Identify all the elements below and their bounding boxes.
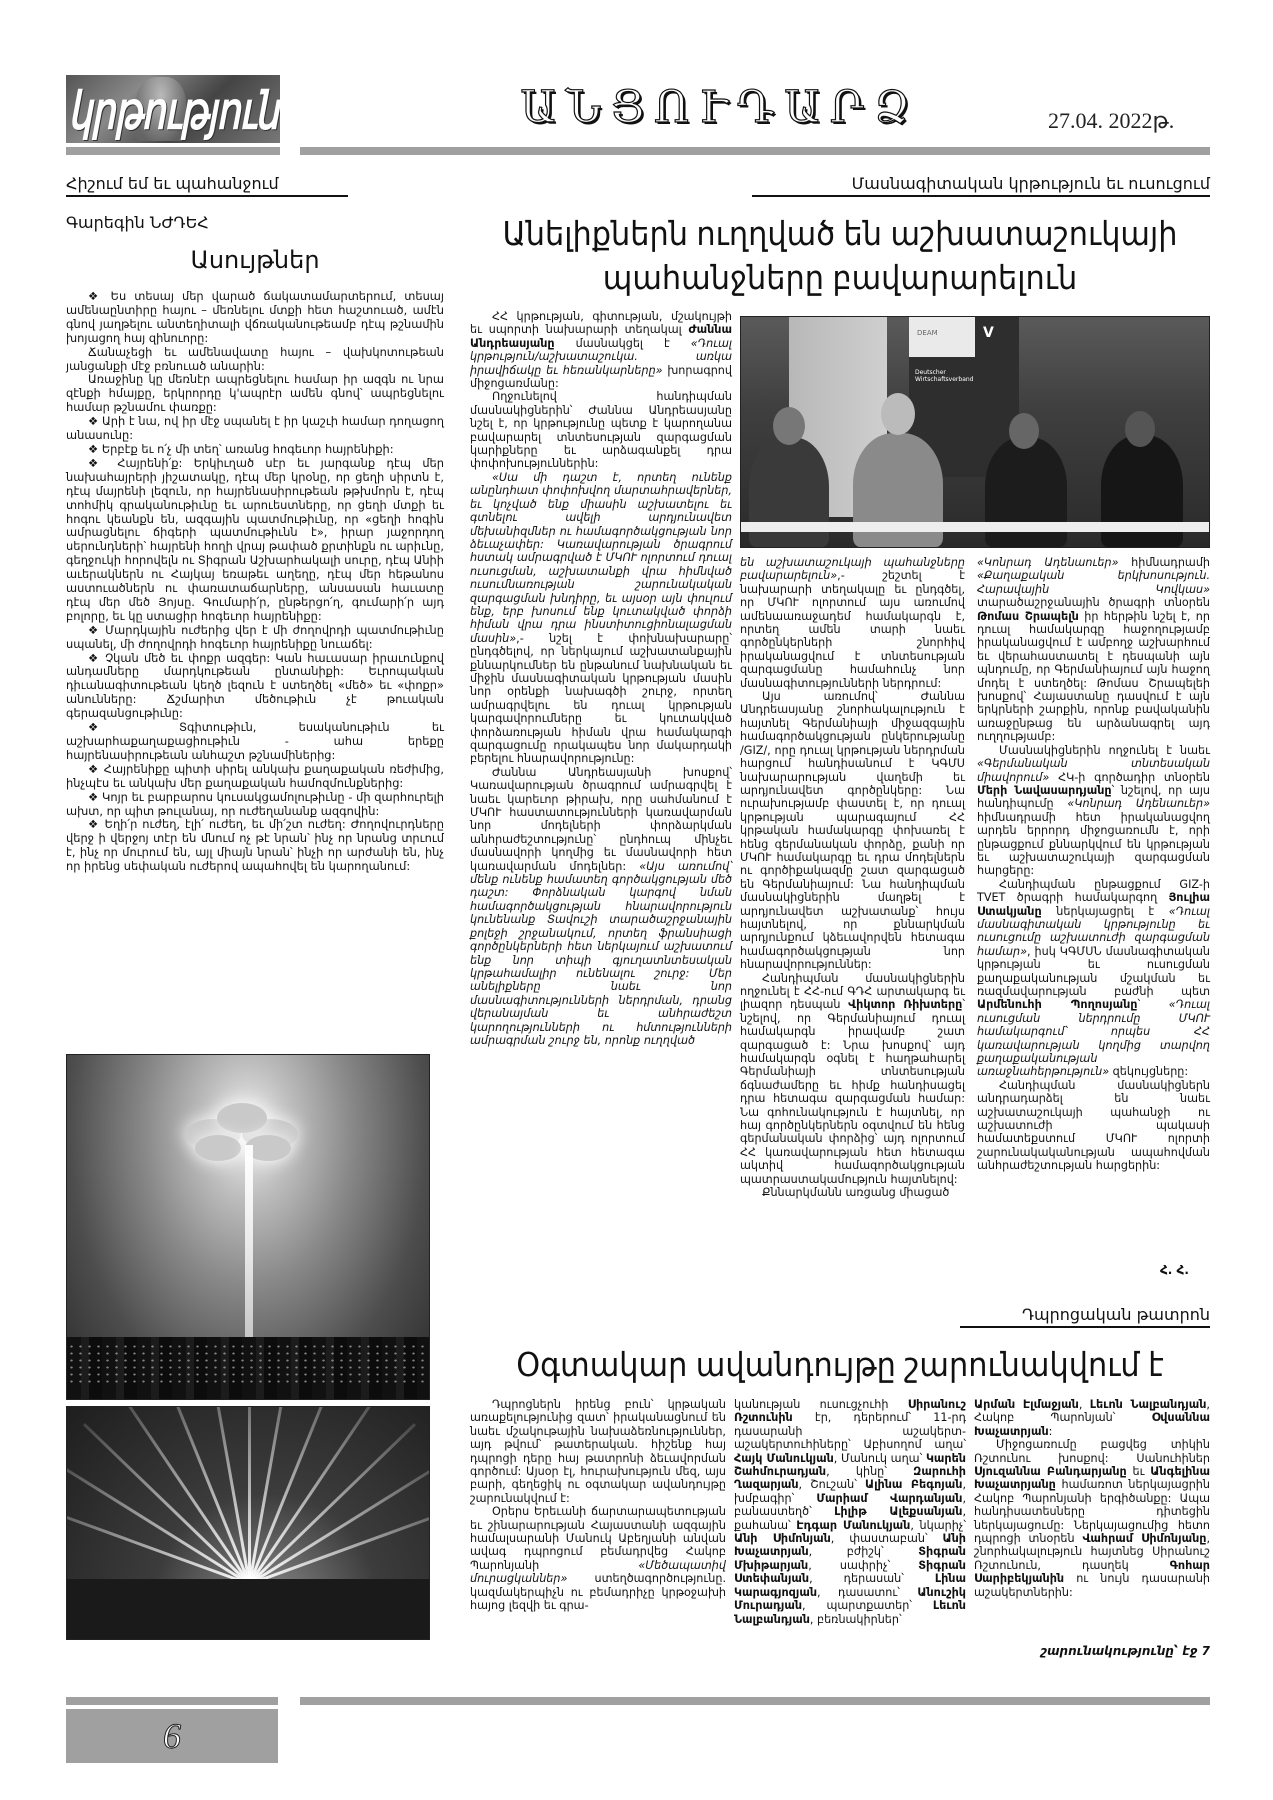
article-signature: Հ. Հ. bbox=[1160, 1263, 1189, 1277]
main-article-col3: «Կոնրադ Ադենաուեր» հիմնադրամի «Քաղաքական… bbox=[977, 556, 1210, 1173]
memorial-searchlights-photo bbox=[66, 1406, 430, 1640]
theatre-col1: Դպրոցներն իրենց բուն՝ կրթական առաքելությ… bbox=[470, 1398, 726, 1613]
article-paragraph: «Սա մի դաշտ է, որտեղ ունենք անընդհատ փոփ… bbox=[470, 471, 732, 766]
flower-petal bbox=[195, 1135, 241, 1161]
article-paragraph: Արման Էլմաջյան, Լեւոն Նալբանդյան, Հակոբ … bbox=[974, 1398, 1210, 1438]
aphorism-paragraph: Հայրենիքը պիտի սիրել անկախ քաղաքական ռեժ… bbox=[66, 763, 444, 791]
light-beam bbox=[245, 1145, 253, 1345]
footer-divider-left bbox=[66, 1697, 278, 1705]
aphorism-paragraph: Արի է նա, ով իր մէջ սպանել է իր կաշւի հա… bbox=[66, 415, 444, 443]
left-rubric: Հիշում եմ եւ պահանջում bbox=[66, 174, 348, 197]
panel-table bbox=[741, 522, 1209, 532]
article-paragraph: ՀՀ կրթության, գիտության, մշակույթի եւ սպ… bbox=[470, 310, 732, 390]
issue-date: 27.04. 2022թ. bbox=[1048, 108, 1174, 134]
aphorism-paragraph: Երբէք եւ ո՛չ մի տեղ՝ առանց հոգեւոր հայրե… bbox=[66, 443, 444, 457]
article-paragraph: Միջոցառումը բացվեց տիկին Ռշտունու խոսքով… bbox=[974, 1438, 1210, 1599]
main-article-col2: են աշխատաշուկայի պահանջները բավարարելուն… bbox=[740, 556, 965, 1200]
left-article-title: Ասույթներ bbox=[66, 246, 444, 274]
banner-text-v: V bbox=[983, 325, 994, 341]
masthead-title: ԱՆՑՈՒԴԱՐՁ bbox=[440, 82, 1000, 133]
banner-text-deam: DEAM bbox=[917, 329, 938, 337]
main-article-col1: ՀՀ կրթության, գիտության, մշակույթի եւ սպ… bbox=[470, 310, 732, 1047]
theatre-col2: կանության ուսուցչուհի Սիրանուշ Ռշտունին … bbox=[734, 1398, 966, 1626]
header-divider-right bbox=[300, 147, 1210, 155]
article-paragraph: Մասնակիցներին ողջունել է նաեւ «Գերմանակա… bbox=[977, 744, 1210, 878]
aphorism-paragraph: Հայրենի՛ք: Երկիւղած սէր եւ յարգանք դէպ մ… bbox=[66, 457, 444, 624]
article-paragraph: Ժաննա Անդրեասյանի խոսքով՝ Կառավարության … bbox=[470, 766, 732, 1048]
article-paragraph: «Կոնրադ Ադենաուեր» հիմնադրամի «Քաղաքական… bbox=[977, 556, 1210, 744]
page-number: 6 bbox=[66, 1709, 278, 1763]
memorial-flower-beam-photo bbox=[66, 1054, 430, 1400]
left-article-body: Ես տեսայ մեր վարած ճակատամարտերում, տեսա… bbox=[66, 290, 444, 874]
aphorism-paragraph: Եղի՛ր ուժեղ, էլի՛ ուժեղ, եւ մի՛շտ ուժեղ:… bbox=[66, 818, 444, 874]
aphorism-paragraph: Ճանաչեցի եւ ամենավատը հայու – վախկոտութե… bbox=[66, 346, 444, 374]
theatre-headline: Օգտակար ավանդույթը շարունակվում է bbox=[500, 1343, 1181, 1387]
aphorism-paragraph: Կոյր եւ բարբարոս կուսակցամոլութիւնը - մի… bbox=[66, 791, 444, 819]
article-paragraph: կանության ուսուցչուհի Սիրանուշ Ռշտունին … bbox=[734, 1398, 966, 1626]
conference-panel-photo: DEAM V DeutscherWirtschaftsverband bbox=[740, 316, 1210, 548]
footer-divider-right bbox=[300, 1697, 1210, 1705]
flower-petal bbox=[217, 1103, 267, 1133]
banner-text-dwv: DeutscherWirtschaftsverband bbox=[915, 369, 973, 383]
theatre-rubric: Դպրոցական թատրոն bbox=[960, 1305, 1210, 1328]
article-paragraph: Օրերս Երեւանի ճարտարապետության եւ շինարա… bbox=[470, 1505, 726, 1612]
main-headline-line1: Անելիքներն ուղղված են աշխատաշուկայի bbox=[500, 212, 1181, 256]
main-rubric: Մասնագիտական կրթություն եւ ուսուցում bbox=[752, 174, 1210, 197]
aphorism-paragraph: Ես տեսայ մեր վարած ճակատամարտերում, տեսա… bbox=[66, 290, 444, 346]
page-number-box: 6 bbox=[66, 1709, 278, 1763]
aphorism-paragraph: Չկան մեծ եւ փոքր ազգեր: Կան հաւասար իրաւ… bbox=[66, 652, 444, 722]
aphorism-paragraph: Տգիտութիւն, եսականութիւն եւ աշխարհաքաղաք… bbox=[66, 721, 444, 763]
continuation-note[interactable]: շարունակությունը՝ էջ 7 bbox=[1020, 1644, 1210, 1658]
newspaper-section-logo: կրթություն bbox=[66, 75, 280, 143]
article-paragraph: են աշխատաշուկայի պահանջները բավարարելուն… bbox=[740, 556, 965, 690]
article-paragraph: Հանդիպման ընթացքում GIZ-ի TVET ծրագրի հա… bbox=[977, 878, 1210, 1079]
article-paragraph: Այս առումով՝ Ժաննա Անդրեասյանը շնորհակալ… bbox=[740, 690, 965, 972]
article-paragraph: Ողջունելով հանդիպման մասնակիցներին՝ Ժանն… bbox=[470, 390, 732, 470]
article-paragraph: Հանդիպման մասնակիցներին ողջունել է ՀՀ-ու… bbox=[740, 972, 965, 1187]
theatre-col3: Արման Էլմաջյան, Լեւոն Նալբանդյան, Հակոբ … bbox=[974, 1398, 1210, 1599]
article-paragraph: Հանդիպման մասնակիցներն անդրադարձել են նա… bbox=[977, 1079, 1210, 1173]
logo-text: կրթություն bbox=[68, 81, 278, 142]
article-paragraph: Դպրոցներն իրենց բուն՝ կրթական առաքելությ… bbox=[470, 1398, 726, 1505]
main-headline-line2: պահանջները բավարարելուն bbox=[500, 256, 1181, 300]
article-author: Գարեգին ՆԺԴԵՀ bbox=[66, 213, 209, 232]
header-divider-left bbox=[66, 147, 280, 155]
aphorism-paragraph: Մարդկային ուժերից վեր է մի ժողովրդի պատմ… bbox=[66, 624, 444, 652]
city-skyline bbox=[67, 1337, 429, 1399]
article-paragraph: Քննարկմանն առցանց միացած bbox=[740, 1186, 965, 1199]
aphorism-paragraph: Առաջինը կը մեռնէր ապրեցնելու համար իր ազ… bbox=[66, 373, 444, 415]
